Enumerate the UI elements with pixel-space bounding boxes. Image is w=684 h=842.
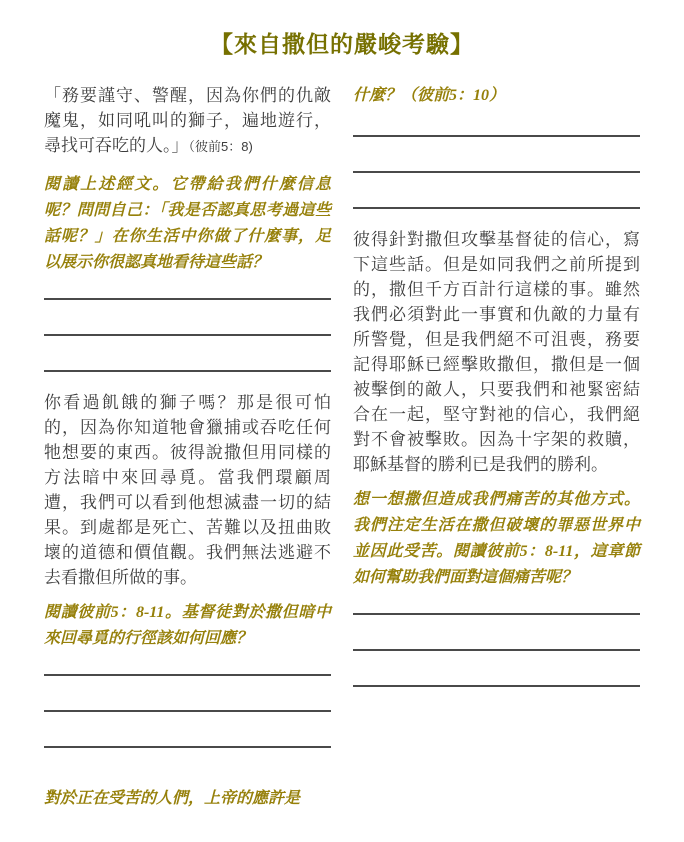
scripture-reference: （彼前5：8) <box>189 139 253 154</box>
scripture-quote-text: 「務要謹守、警醒，因為你們的仇敵魔鬼，如同吼叫的獅子，遍地遊行，尋找可吞吃的人。… <box>44 86 331 155</box>
answer-lines-group-1 <box>44 264 331 372</box>
answer-line <box>353 173 640 209</box>
answer-line <box>44 336 331 372</box>
study-question-3-part-1: 對於正在受苦的人們，上帝的應許是 <box>44 786 331 812</box>
answer-line <box>353 101 640 137</box>
commentary-paragraph-1: 你看過飢餓的獅子嗎？那是很可怕的，因為你知道牠會獵捕或吞吃任何牠想要的東西。彼得… <box>44 390 331 590</box>
answer-line <box>353 137 640 173</box>
answer-lines-group-3 <box>353 101 640 209</box>
scripture-quote-paragraph: 「務要謹守、警醒，因為你們的仇敵魔鬼，如同吼叫的獅子，遍地遊行，尋找可吞吃的人。… <box>44 83 331 159</box>
answer-line <box>44 712 331 748</box>
study-question-4: 想一想撒但造成我們痛苦的其他方式。我們注定生活在撒但破壞的罪惡世界中並因此受苦。… <box>353 487 640 591</box>
two-column-layout: 「務要謹守、警醒，因為你們的仇敵魔鬼，如同吼叫的獅子，遍地遊行，尋找可吞吃的人。… <box>0 83 684 812</box>
answer-line <box>44 264 331 300</box>
answer-lines-group-4 <box>353 579 640 687</box>
answer-lines-group-2 <box>44 640 331 748</box>
commentary-paragraph-2: 彼得針對撒但攻擊基督徒的信心，寫下這些話。但是如同我們之前所提到的，撒但千方百計… <box>353 227 640 477</box>
answer-line <box>353 615 640 651</box>
page-title: 【來自撒但的嚴峻考驗】 <box>0 26 684 59</box>
answer-line <box>353 651 640 687</box>
answer-line <box>44 676 331 712</box>
right-column: 什麼？（彼前5：10） 彼得針對撒但攻擊基督徒的信心，寫下這些話。但是如同我們之… <box>353 83 640 812</box>
answer-line <box>353 579 640 615</box>
left-column: 「務要謹守、警醒，因為你們的仇敵魔鬼，如同吼叫的獅子，遍地遊行，尋找可吞吃的人。… <box>44 83 331 812</box>
study-question-1: 閱讀上述經文。它帶給我們什麼信息呢？問問自己：「我是否認真思考過這些話呢？」在你… <box>44 172 331 276</box>
answer-line <box>44 640 331 676</box>
document-page: 【來自撒但的嚴峻考驗】 「務要謹守、警醒，因為你們的仇敵魔鬼，如同吼叫的獅子，遍… <box>0 0 684 842</box>
answer-line <box>44 300 331 336</box>
